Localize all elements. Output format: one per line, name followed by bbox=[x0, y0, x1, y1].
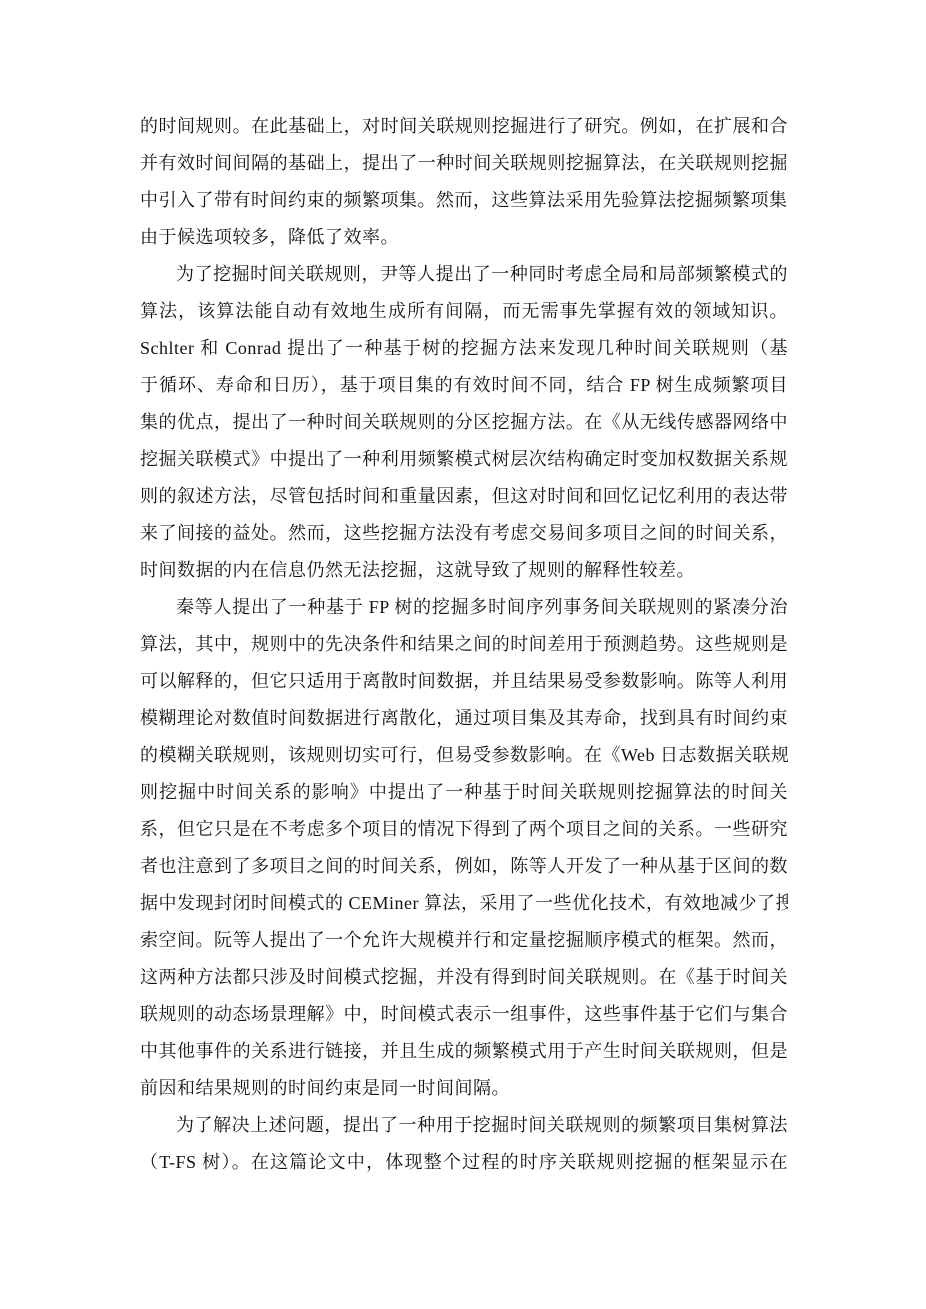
text-line: 由于候选项较多，降低了效率。 bbox=[140, 219, 788, 256]
text-line: 的时间规则。在此基础上，对时间关联规则挖掘进行了研究。例如，在扩展和合 bbox=[140, 108, 788, 145]
text-line: 这两种方法都只涉及时间模式挖掘，并没有得到时间关联规则。在《基于时间关 bbox=[140, 959, 788, 996]
document-page: 的时间规则。在此基础上，对时间关联规则挖掘进行了研究。例如，在扩展和合并有效时间… bbox=[0, 0, 926, 1309]
text-line: 秦等人提出了一种基于 FP 树的挖掘多时间序列事务间关联规则的紧凑分治 bbox=[140, 589, 788, 626]
text-line: 算法，该算法能自动有效地生成所有间隔，而无需事先掌握有效的领域知识。 bbox=[140, 293, 788, 330]
text-line: （T-FS 树）。在这篇论文中，体现整个过程的时序关联规则挖掘的框架显示在 bbox=[140, 1144, 788, 1181]
text-line: 的模糊关联规则，该规则切实可行，但易受参数影响。在《Web 日志数据关联规 bbox=[140, 737, 788, 774]
text-line: 模糊理论对数值时间数据进行离散化，通过项目集及其寿命，找到具有时间约束 bbox=[140, 700, 788, 737]
text-line: 则挖掘中时间关系的影响》中提出了一种基于时间关联规则挖掘算法的时间关 bbox=[140, 774, 788, 811]
paragraph: 的时间规则。在此基础上，对时间关联规则挖掘进行了研究。例如，在扩展和合并有效时间… bbox=[140, 108, 788, 256]
text-line: 为了解决上述问题，提出了一种用于挖掘时间关联规则的频繁项目集树算法 bbox=[140, 1107, 788, 1144]
document-body: 的时间规则。在此基础上，对时间关联规则挖掘进行了研究。例如，在扩展和合并有效时间… bbox=[140, 108, 788, 1181]
paragraph: 秦等人提出了一种基于 FP 树的挖掘多时间序列事务间关联规则的紧凑分治算法，其中… bbox=[140, 589, 788, 1107]
text-line: 算法，其中，规则中的先决条件和结果之间的时间差用于预测趋势。这些规则是 bbox=[140, 626, 788, 663]
text-line: 于循环、寿命和日历），基于项目集的有效时间不同，结合 FP 树生成频繁项目 bbox=[140, 367, 788, 404]
text-line: 索空间。阮等人提出了一个允许大规模并行和定量挖掘顺序模式的框架。然而， bbox=[140, 922, 788, 959]
text-line: 则的叙述方法，尽管包括时间和重量因素，但这对时间和回忆记忆利用的表达带 bbox=[140, 478, 788, 515]
text-line: Schlter 和 Conrad 提出了一种基于树的挖掘方法来发现几种时间关联规… bbox=[140, 330, 788, 367]
text-line: 挖掘关联模式》中提出了一种利用频繁模式树层次结构确定时变加权数据关系规 bbox=[140, 441, 788, 478]
text-line: 中引入了带有时间约束的频繁项集。然而，这些算法采用先验算法挖掘频繁项集， bbox=[140, 182, 788, 219]
paragraph: 为了挖掘时间关联规则，尹等人提出了一种同时考虑全局和局部频繁模式的算法，该算法能… bbox=[140, 256, 788, 589]
text-line: 联规则的动态场景理解》中，时间模式表示一组事件，这些事件基于它们与集合 bbox=[140, 996, 788, 1033]
text-line: 前因和结果规则的时间约束是同一时间间隔。 bbox=[140, 1070, 788, 1107]
text-line: 者也注意到了多项目之间的时间关系，例如，陈等人开发了一种从基于区间的数 bbox=[140, 848, 788, 885]
text-line: 并有效时间间隔的基础上，提出了一种时间关联规则挖掘算法，在关联规则挖掘 bbox=[140, 145, 788, 182]
text-line: 集的优点，提出了一种时间关联规则的分区挖掘方法。在《从无线传感器网络中 bbox=[140, 404, 788, 441]
text-line: 可以解释的，但它只适用于离散时间数据，并且结果易受参数影响。陈等人利用 bbox=[140, 663, 788, 700]
text-line: 时间数据的内在信息仍然无法挖掘，这就导致了规则的解释性较差。 bbox=[140, 552, 788, 589]
text-line: 据中发现封闭时间模式的 CEMiner 算法，采用了一些优化技术，有效地减少了搜 bbox=[140, 885, 788, 922]
text-line: 为了挖掘时间关联规则，尹等人提出了一种同时考虑全局和局部频繁模式的 bbox=[140, 256, 788, 293]
paragraph: 为了解决上述问题，提出了一种用于挖掘时间关联规则的频繁项目集树算法（T-FS 树… bbox=[140, 1107, 788, 1181]
text-line: 系，但它只是在不考虑多个项目的情况下得到了两个项目之间的关系。一些研究 bbox=[140, 811, 788, 848]
text-line: 来了间接的益处。然而，这些挖掘方法没有考虑交易间多项目之间的时间关系， bbox=[140, 515, 788, 552]
text-line: 中其他事件的关系进行链接，并且生成的频繁模式用于产生时间关联规则，但是 bbox=[140, 1033, 788, 1070]
